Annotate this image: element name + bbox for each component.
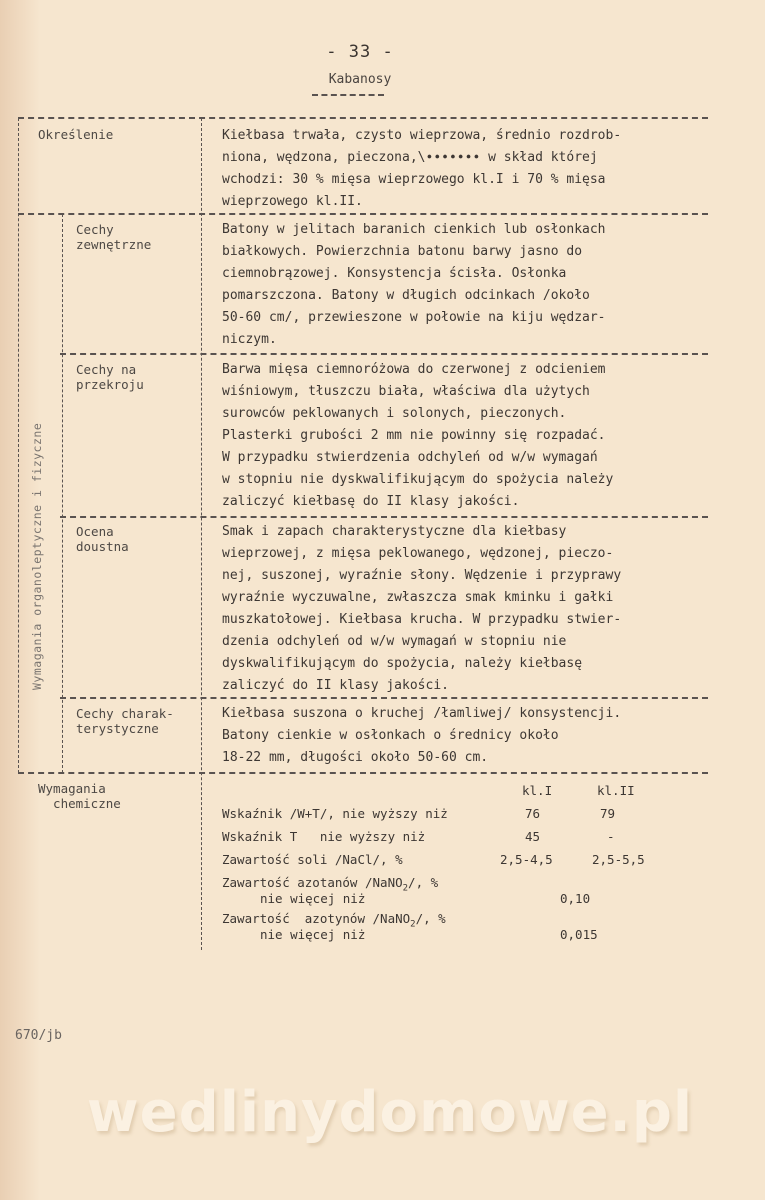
- table-rule: [60, 697, 708, 699]
- col-header-kl2: kl.II: [597, 783, 635, 798]
- row-text-line: wieprzowej, z mięsa peklowanego, wędzone…: [222, 543, 613, 565]
- chemical-parameter-name: Wskaźnik /W+T/, nie wyższy niż: [222, 806, 448, 821]
- row-text-line: W przypadku stwierdzenia odchyleń od w/w…: [222, 447, 598, 469]
- table-rule: [18, 213, 708, 215]
- row-label-organoleptic: Ocena doustna: [76, 524, 129, 554]
- chemical-value-both-classes: 0,10: [560, 891, 590, 906]
- row-text-line: zaliczyć kiełbasę do II klasy jakości.: [222, 491, 519, 513]
- watermark: wedlinydomowe.pl: [50, 1080, 730, 1145]
- table-rule: [18, 772, 708, 774]
- row-text-line: Kiełbasa suszona o kruchej /łamliwej/ ko…: [222, 703, 621, 725]
- definition-line: Kiełbasa trwała, czysto wieprzowa, średn…: [222, 125, 621, 147]
- row-text-line: Barwa mięsa ciemnoróżowa do czerwonej z …: [222, 359, 606, 381]
- chemical-value-kl1: 45: [525, 829, 540, 844]
- subscript: 2: [410, 920, 415, 930]
- row-text-line: wyraźnie wyczuwalne, zwłaszcza smak kmin…: [222, 587, 613, 609]
- definition-line: wieprzowego kl.II.: [222, 191, 363, 213]
- row-text-line: surowców peklowanych i solonych, pieczon…: [222, 403, 566, 425]
- footer-code: 670/jb: [15, 1028, 62, 1043]
- table-rule: [60, 516, 708, 518]
- row-label-chemical: Wymagania chemiczne: [38, 781, 121, 811]
- definition-line: wchodzi: 30 % mięsa wieprzowego kl.I i 7…: [222, 169, 606, 191]
- col-header-kl1: kl.I: [522, 783, 552, 798]
- row-label-definition: Określenie: [38, 127, 113, 142]
- definition-line: niona, wędzona, pieczona,\∙∙∙∙∙∙∙ w skła…: [222, 147, 598, 169]
- chemical-value-kl1: 2,5-4,5: [500, 852, 553, 867]
- row-text-line: 50-60 cm/, przewieszone w połowie na kij…: [222, 307, 606, 329]
- row-text-line: nej, suszonej, wyraźnie słony. Wędzenie …: [222, 565, 621, 587]
- chemical-parameter-name: Zawartość soli /NaCl/, %: [222, 852, 403, 867]
- chemical-parameter-qualifier: nie więcej niż: [260, 927, 365, 942]
- row-text-line: 18-22 mm, długości około 50-60 cm.: [222, 747, 488, 769]
- chemical-value-both-classes: 0,015: [560, 927, 598, 942]
- row-text-line: białkowych. Powierzchnia batonu barwy ja…: [222, 241, 582, 263]
- page-number: - 33 -: [300, 42, 420, 62]
- row-label-organoleptic: Cechy charak- terystyczne: [76, 706, 174, 736]
- organoleptic-group-label: Wymagania organoleptyczne i fizyczne: [30, 423, 44, 690]
- chemical-value-kl2: -: [607, 829, 615, 844]
- chemical-parameter-qualifier: nie więcej niż: [260, 891, 365, 906]
- row-text-line: zaliczyć do II klasy jakości.: [222, 675, 449, 697]
- chemical-parameter-name: Wskaźnik T nie wyższy niż: [222, 829, 425, 844]
- chemical-value-kl1: 76: [525, 806, 540, 821]
- row-text-line: wiśniowym, tłuszczu biała, właściwa dla …: [222, 381, 590, 403]
- title-underline: [312, 94, 384, 96]
- row-label-organoleptic: Cechy zewnętrzne: [76, 222, 151, 252]
- row-text-line: ciemnobrązowej. Konsystencja ścisła. Osł…: [222, 263, 566, 285]
- row-text-line: Plasterki grubości 2 mm nie powinny się …: [222, 425, 606, 447]
- chemical-value-kl2: 79: [600, 806, 615, 821]
- table-rule-vertical: [201, 118, 202, 950]
- subscript: 2: [403, 884, 408, 894]
- chemical-value-kl2: 2,5-5,5: [592, 852, 645, 867]
- row-text-line: Batony cienkie w osłonkach o średnicy ok…: [222, 725, 559, 747]
- row-text-line: dyskwalifikującym do spożycia, należy ki…: [222, 653, 582, 675]
- row-text-line: w stopniu nie dyskwalifikującym do spoży…: [222, 469, 613, 491]
- row-text-line: dzenia odchyleń od w/w wymagań w stopniu…: [222, 631, 566, 653]
- row-text-line: niczym.: [222, 329, 277, 351]
- row-text-line: pomarszczona. Batony w długich odcinkach…: [222, 285, 590, 307]
- row-text-line: Smak i zapach charakterystyczne dla kieł…: [222, 521, 566, 543]
- row-text-line: muszkatołowej. Kiełbasa krucha. W przypa…: [222, 609, 621, 631]
- row-text-line: Batony w jelitach baranich cienkich lub …: [222, 219, 606, 241]
- document-title: Kabanosy: [290, 72, 430, 87]
- row-label-organoleptic: Cechy na przekroju: [76, 362, 144, 392]
- table-rule: [18, 117, 708, 119]
- table-rule-vertical: [18, 118, 19, 773]
- table-rule: [60, 353, 708, 355]
- table-rule-vertical: [62, 214, 63, 773]
